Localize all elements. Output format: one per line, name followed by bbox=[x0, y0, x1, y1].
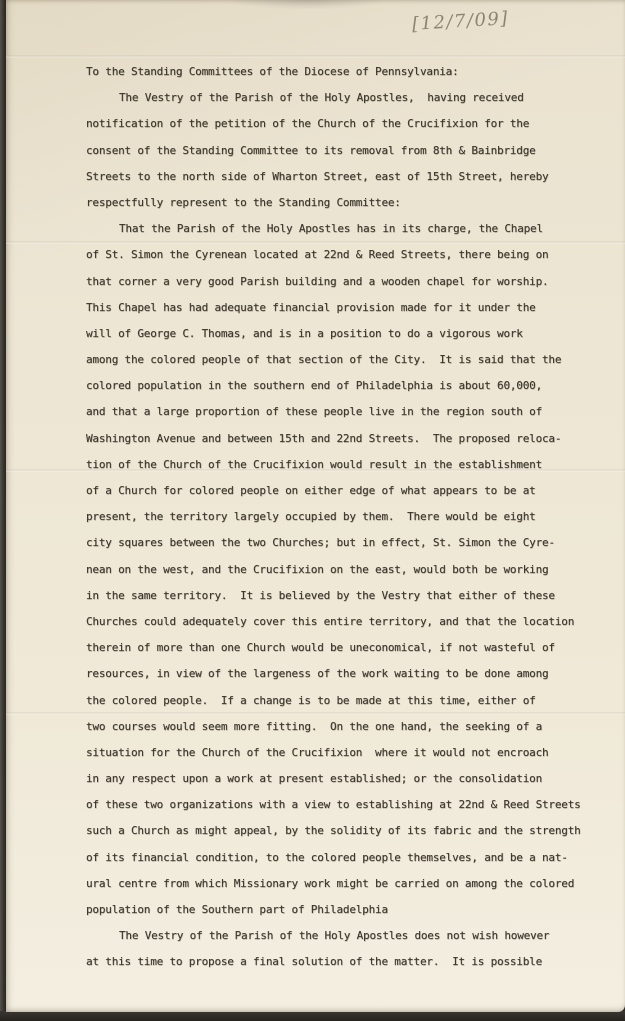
document-line: the colored people. If a change is to be… bbox=[86, 688, 606, 714]
paper-fold-line bbox=[6, 55, 625, 58]
document-line: in any respect upon a work at present es… bbox=[86, 766, 606, 792]
document-line: of a Church for colored people on either… bbox=[86, 478, 606, 504]
document-line: two courses would seem more fitting. On … bbox=[86, 714, 606, 740]
document-line: that corner a very good Parish building … bbox=[86, 269, 606, 295]
document-line: colored population in the southern end o… bbox=[86, 373, 606, 399]
document-line: To the Standing Committees of the Dioces… bbox=[86, 59, 606, 85]
document-line: such a Church as might appeal, by the so… bbox=[86, 818, 606, 844]
document-line: ural centre from which Missionary work m… bbox=[86, 871, 606, 897]
document-line: tion of the Church of the Crucifixion wo… bbox=[86, 452, 606, 478]
document-line: among the colored people of that section… bbox=[86, 347, 606, 373]
handwritten-date-note: [12/7/09] bbox=[411, 8, 509, 35]
document-line: city squares between the two Churches; b… bbox=[86, 530, 606, 556]
document-line: Churches could adequately cover this ent… bbox=[86, 609, 606, 635]
document-line: notification of the petition of the Chur… bbox=[86, 111, 606, 137]
document-line: of its financial condition, to the color… bbox=[86, 845, 606, 871]
document-line: resources, in view of the largeness of t… bbox=[86, 661, 606, 687]
document-line: in the same territory. It is believed by… bbox=[86, 583, 606, 609]
document-line: of these two organizations with a view t… bbox=[86, 792, 606, 818]
document-line: population of the Southern part of Phila… bbox=[86, 897, 606, 923]
document-line: nean on the west, and the Crucifixion on… bbox=[86, 557, 606, 583]
typewritten-letter-body: To the Standing Committees of the Dioces… bbox=[86, 59, 606, 976]
document-line: present, the territory largely occupied … bbox=[86, 504, 606, 530]
document-line: respectfully represent to the Standing C… bbox=[86, 190, 606, 216]
document-line: Washington Avenue and between 15th and 2… bbox=[86, 426, 606, 452]
document-line: will of George C. Thomas, and is in a po… bbox=[86, 321, 606, 347]
paper-sheet: [12/7/09] To the Standing Committees of … bbox=[6, 0, 625, 1012]
document-line: and that a large proportion of these peo… bbox=[86, 399, 606, 425]
document-line: The Vestry of the Parish of the Holy Apo… bbox=[86, 85, 606, 111]
document-line: therein of more than one Church would be… bbox=[86, 635, 606, 661]
document-line: at this time to propose a final solution… bbox=[86, 949, 606, 975]
document-line: That the Parish of the Holy Apostles has… bbox=[86, 216, 606, 242]
document-line: of St. Simon the Cyrenean located at 22n… bbox=[86, 242, 606, 268]
document-line: This Chapel has had adequate financial p… bbox=[86, 295, 606, 321]
document-line: Streets to the north side of Wharton Str… bbox=[86, 164, 606, 190]
document-line: consent of the Standing Committee to its… bbox=[86, 138, 606, 164]
scanned-page: [12/7/09] To the Standing Committees of … bbox=[0, 0, 625, 1021]
paper-top-smudge bbox=[231, 0, 381, 9]
document-line: situation for the Church of the Crucifix… bbox=[86, 740, 606, 766]
scanner-edge-bottom bbox=[0, 1011, 625, 1021]
document-line: The Vestry of the Parish of the Holy Apo… bbox=[86, 923, 606, 949]
